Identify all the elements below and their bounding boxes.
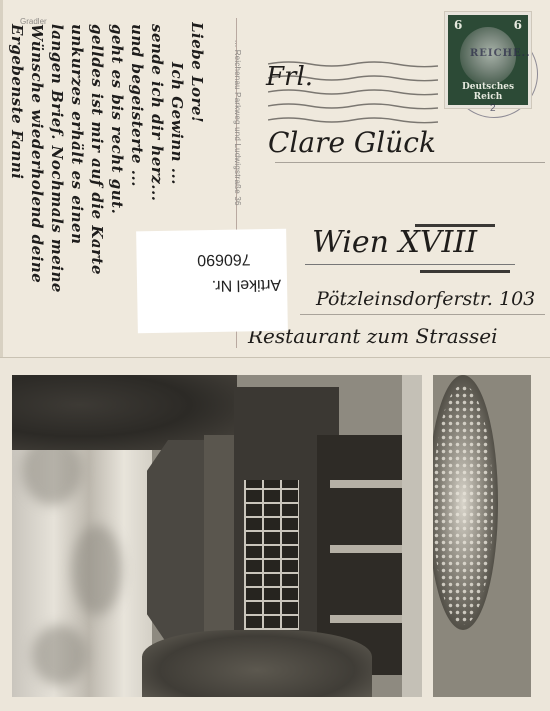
stamp-value: 6	[454, 18, 462, 32]
address-rule	[305, 264, 515, 265]
photo-pavilion	[12, 375, 422, 697]
message-line: Liebe Lore!	[188, 22, 206, 123]
message-line: Ergebenste Fanni	[8, 24, 26, 180]
message-line: Ich Gewinn ...	[168, 62, 186, 185]
article-label-title: Artikel Nr.	[212, 275, 282, 294]
stamp-value: 6	[514, 18, 522, 32]
article-label: Artikel Nr. 760690	[136, 229, 288, 334]
garden-path	[402, 375, 422, 697]
porch-beam	[330, 480, 405, 488]
address-street: Pötzleinsdorferstr. 103	[316, 288, 535, 310]
postmark-text: REICHE..	[470, 48, 531, 59]
message-line: langen Brief. Nochmals meine	[48, 24, 66, 293]
address-name: Clare Glück	[268, 126, 436, 159]
address-rule	[300, 314, 545, 315]
postcard-photo-side	[0, 358, 550, 711]
postmark-number: 2	[490, 103, 496, 114]
glass-wall	[244, 480, 299, 630]
printed-address-vertical: ... Reichenau Parkweg und Ludwigstraße 3…	[228, 40, 242, 230]
postcard-back: Gradler Liebe Lore! Ich Gewinn ... sende…	[0, 0, 550, 358]
roof-eave	[204, 435, 234, 650]
message-line: gelldes ist mir auf die Karte	[88, 24, 106, 275]
flowers	[433, 385, 493, 625]
underline-mark	[415, 224, 495, 227]
photo-flowerbed	[433, 375, 531, 697]
message-line: geht es bis recht gut.	[108, 24, 126, 214]
article-number: 760690	[197, 249, 251, 268]
postage-stamp: 6 6 Deutsches Reich	[445, 12, 531, 108]
stamp-country: Deutsches Reich	[448, 82, 528, 102]
message-line: sende ich dir herz...	[148, 24, 166, 201]
porch-beam	[330, 545, 405, 553]
porch-beam	[330, 615, 405, 623]
message-line: Wünsche wiederholend deine	[28, 24, 46, 283]
message-line: und begeisterte ...	[128, 24, 146, 187]
card-edge	[0, 0, 3, 357]
address-rule	[275, 162, 545, 163]
underline-mark	[420, 270, 510, 273]
address-city: Wien XVIII	[312, 225, 477, 260]
shrubbery	[142, 630, 372, 697]
address-salutation: Frl.	[266, 62, 313, 92]
message-line: unkurzes erhält es einen	[68, 24, 86, 244]
